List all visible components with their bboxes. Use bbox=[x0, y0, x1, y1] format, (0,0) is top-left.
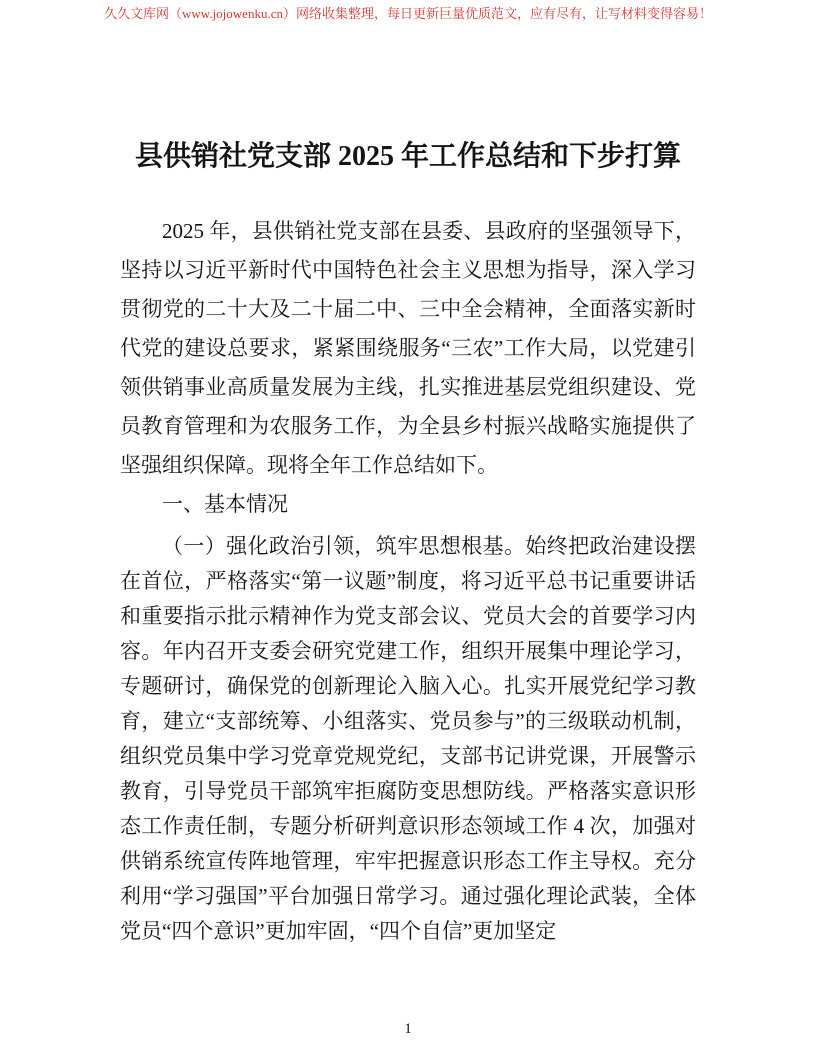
paragraph-intro: 2025 年，县供销社党支部在县委、县政府的坚强领导下，坚持以习近平新时代中国特… bbox=[120, 212, 696, 485]
document-body: 县供销社党支部 2025 年工作总结和下步打算 2025 年，县供销社党支部在县… bbox=[120, 136, 696, 949]
document-title: 县供销社党支部 2025 年工作总结和下步打算 bbox=[120, 136, 696, 178]
document-page: 久久文库网（www.jojowenku.cn）网络收集整理，每日更新巨量优质范文… bbox=[0, 0, 816, 1056]
page-number: 1 bbox=[0, 1019, 816, 1039]
section-heading-basic-situation: 一、基本情况 bbox=[120, 485, 696, 524]
paragraph-section1: （一）强化政治引领，筑牢思想根基。始终把政治建设摆在首位，严格落实“第一议题”制… bbox=[120, 529, 696, 949]
watermark-header-text: 久久文库网（www.jojowenku.cn）网络收集整理，每日更新巨量优质范文… bbox=[0, 5, 816, 23]
